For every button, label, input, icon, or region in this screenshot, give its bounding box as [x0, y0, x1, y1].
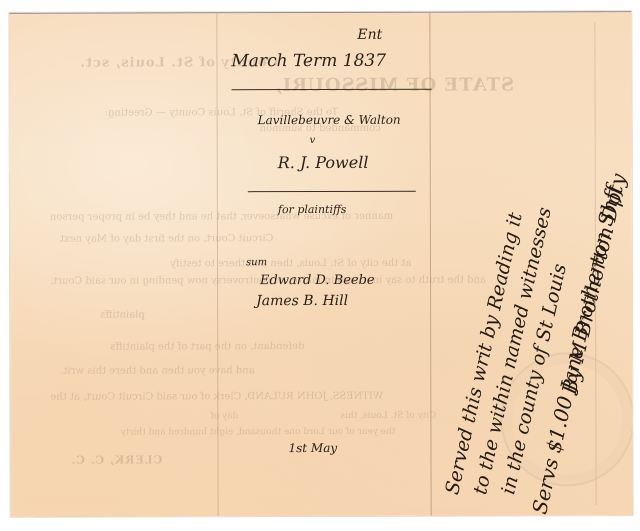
- bleed-line-witness: WITNESS, JOHN RULAND, Clerk of our said …: [50, 391, 383, 403]
- bleed-line-plaintiff: plaintiffs: [100, 309, 145, 320]
- plaintiffs-name: Lavillebeuvre & Walton: [258, 113, 401, 127]
- bleed-clerk: CLERK, C. C.: [70, 453, 162, 466]
- witness-2: James B. Hill: [256, 293, 348, 309]
- bleed-line-have: and have you then and there this writ.: [60, 365, 254, 377]
- versus-mark: v: [310, 135, 316, 146]
- attorney-note: for plaintiffs: [278, 203, 347, 216]
- bleed-line-circuit: Circuit Court, on the first day of May n…: [60, 233, 273, 245]
- bleed-state-header: STATE OF MISSOURI,: [275, 74, 515, 96]
- witnesses-label: sum: [246, 257, 267, 268]
- bleed-line-citydate: City of St. Louis, this: [340, 411, 436, 421]
- bleed-line-day: day of: [210, 411, 238, 421]
- divider-parties: [248, 191, 416, 192]
- term-label: March Term 1837: [231, 51, 386, 71]
- bleed-line-city: at the city of St. Louis, then and there…: [170, 258, 411, 270]
- defendant-name: R. J. Powell: [278, 153, 369, 172]
- witness-1: Edward D. Beebe: [260, 273, 375, 288]
- date-note: 1st May: [288, 441, 337, 455]
- bleed-line-defendant: defendant, on the part of the plaintiffs: [110, 341, 304, 353]
- bleed-line-year: the year of our Lord one thousand, eight…: [120, 427, 395, 438]
- docket-mark: Ent: [357, 27, 382, 43]
- document-page: County of St. Louis, sct. STATE OF MISSO…: [9, 11, 632, 517]
